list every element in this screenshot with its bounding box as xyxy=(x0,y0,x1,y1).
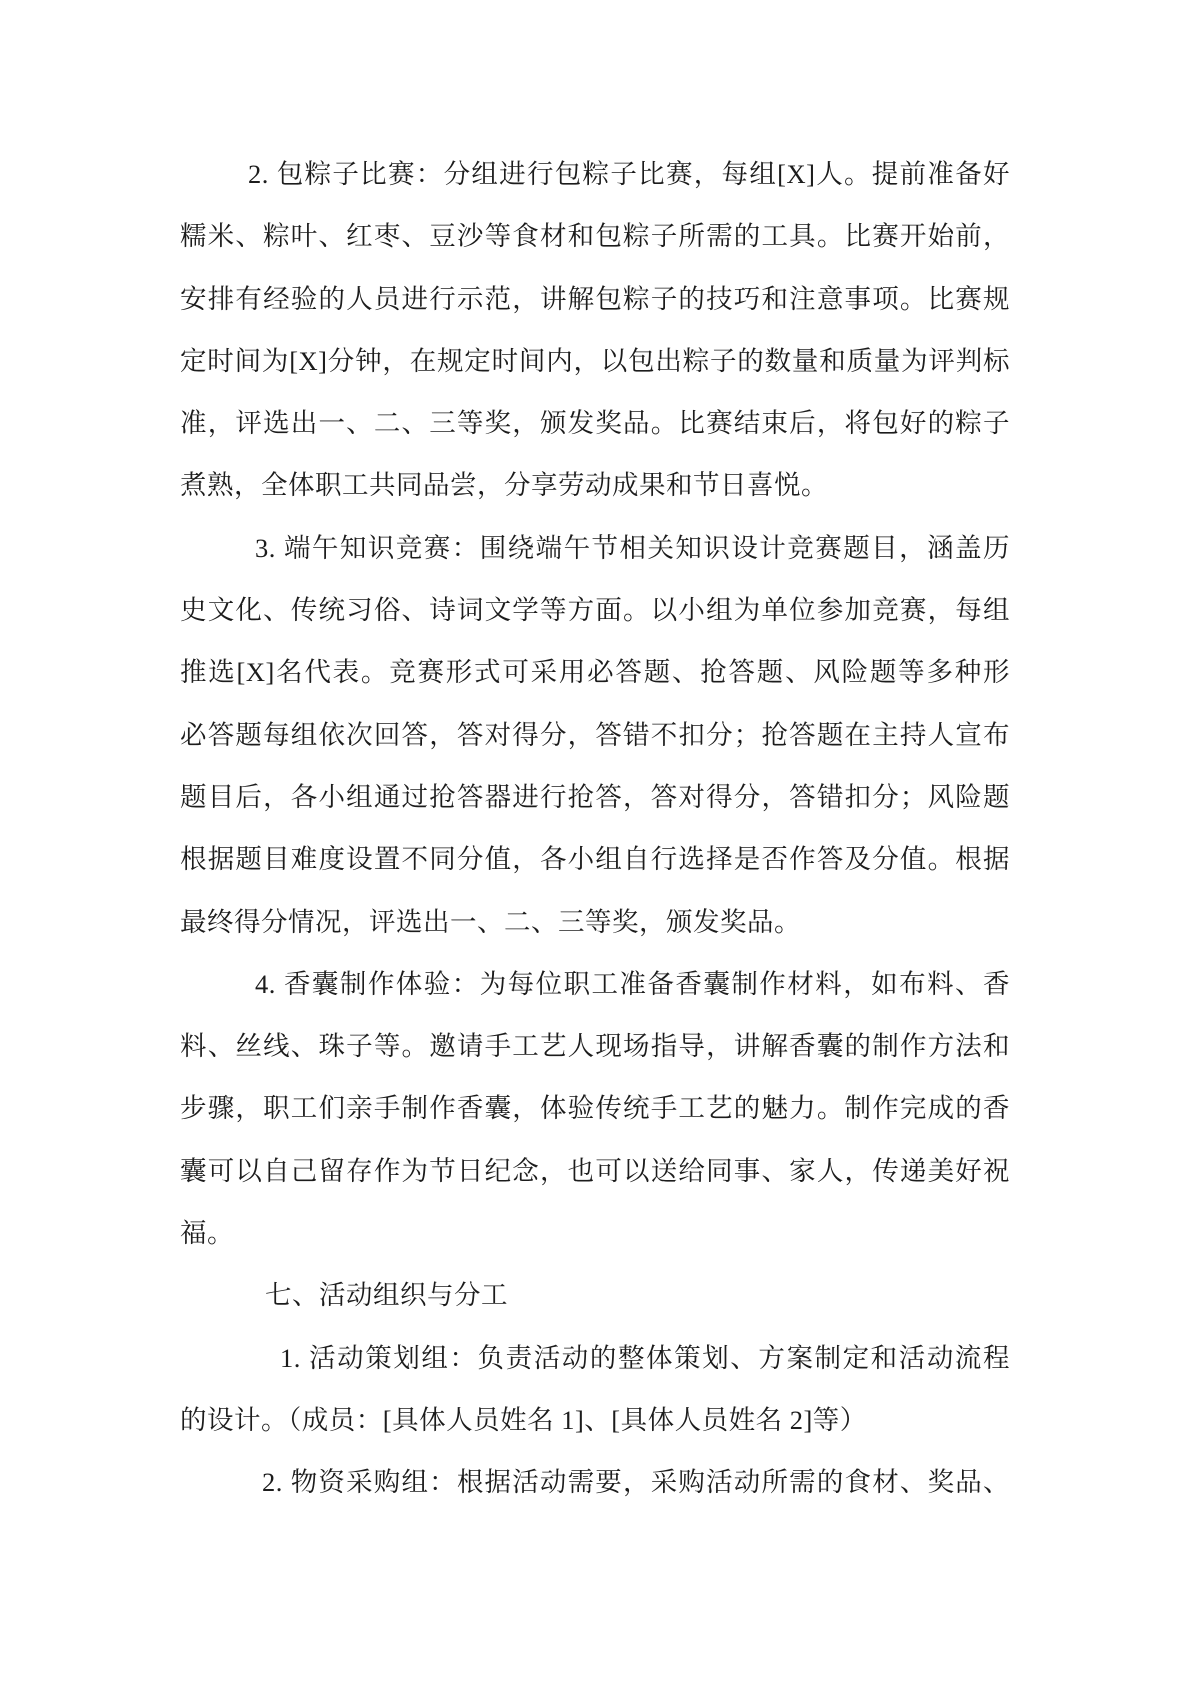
paragraph-procurement-group: 2. 物资采购组：根据活动需要，采购活动所需的食材、奖品、 xyxy=(180,1451,1010,1513)
text-line: 最终得分情况，评选出一、二、三等奖，颁发奖品。 xyxy=(180,891,1010,953)
text-line: 糯米、粽叶、红枣、豆沙等食材和包粽子所需的工具。比赛开始前， xyxy=(180,205,1010,267)
text-line: 3. 端午知识竞赛：围绕端午节相关知识设计竞赛题目，涵盖历 xyxy=(180,517,1010,579)
text-line: 2. 物资采购组：根据活动需要，采购活动所需的食材、奖品、 xyxy=(180,1451,1010,1513)
text-line: 根据题目难度设置不同分值，各小组自行选择是否作答及分值。根据 xyxy=(180,828,1010,890)
heading-section-seven: 七、活动组织与分工 xyxy=(180,1264,1010,1326)
text-line: 煮熟，全体职工共同品尝，分享劳动成果和节日喜悦。 xyxy=(180,454,1010,516)
document-body: 2. 包粽子比赛：分组进行包粽子比赛，每组[X]人。提前准备好糯米、粽叶、红枣、… xyxy=(180,143,1010,1514)
text-line: 囊可以自己留存作为节日纪念，也可以送给同事、家人，传递美好祝 xyxy=(180,1140,1010,1202)
text-line: 必答题每组依次回答，答对得分，答错不扣分；抢答题在主持人宣布 xyxy=(180,704,1010,766)
text-line: 的设计。（成员：[具体人员姓名 1]、[具体人员姓名 2]等） xyxy=(180,1389,1010,1451)
paragraph-zongzi-contest: 2. 包粽子比赛：分组进行包粽子比赛，每组[X]人。提前准备好糯米、粽叶、红枣、… xyxy=(180,143,1010,517)
text-line: 1. 活动策划组：负责活动的整体策划、方案制定和活动流程 xyxy=(180,1327,1010,1389)
paragraph-knowledge-quiz: 3. 端午知识竞赛：围绕端午节相关知识设计竞赛题目，涵盖历史文化、传统习俗、诗词… xyxy=(180,517,1010,953)
text-line: 定时间为[X]分钟，在规定时间内，以包出粽子的数量和质量为评判标 xyxy=(180,330,1010,392)
text-line: 步骤，职工们亲手制作香囊，体验传统手工艺的魅力。制作完成的香 xyxy=(180,1077,1010,1139)
text-line: 推选[X]名代表。竞赛形式可采用必答题、抢答题、风险题等多种形式。 xyxy=(180,641,1010,703)
text-line: 料、丝线、珠子等。邀请手工艺人现场指导，讲解香囊的制作方法和 xyxy=(180,1015,1010,1077)
text-line: 准，评选出一、二、三等奖，颁发奖品。比赛结束后，将包好的粽子 xyxy=(180,392,1010,454)
text-line: 史文化、传统习俗、诗词文学等方面。以小组为单位参加竞赛，每组 xyxy=(180,579,1010,641)
text-line: 福。 xyxy=(180,1202,1010,1264)
text-line: 七、活动组织与分工 xyxy=(180,1264,1010,1326)
text-line: 2. 包粽子比赛：分组进行包粽子比赛，每组[X]人。提前准备好 xyxy=(180,143,1010,205)
text-line: 安排有经验的人员进行示范，讲解包粽子的技巧和注意事项。比赛规 xyxy=(180,268,1010,330)
paragraph-planning-group: 1. 活动策划组：负责活动的整体策划、方案制定和活动流程的设计。（成员：[具体人… xyxy=(180,1327,1010,1452)
text-line: 4. 香囊制作体验：为每位职工准备香囊制作材料，如布料、香 xyxy=(180,953,1010,1015)
paragraph-sachet-making: 4. 香囊制作体验：为每位职工准备香囊制作材料，如布料、香料、丝线、珠子等。邀请… xyxy=(180,953,1010,1264)
text-line: 题目后，各小组通过抢答器进行抢答，答对得分，答错扣分；风险题 xyxy=(180,766,1010,828)
document-page: 2. 包粽子比赛：分组进行包粽子比赛，每组[X]人。提前准备好糯米、粽叶、红枣、… xyxy=(0,0,1190,1683)
